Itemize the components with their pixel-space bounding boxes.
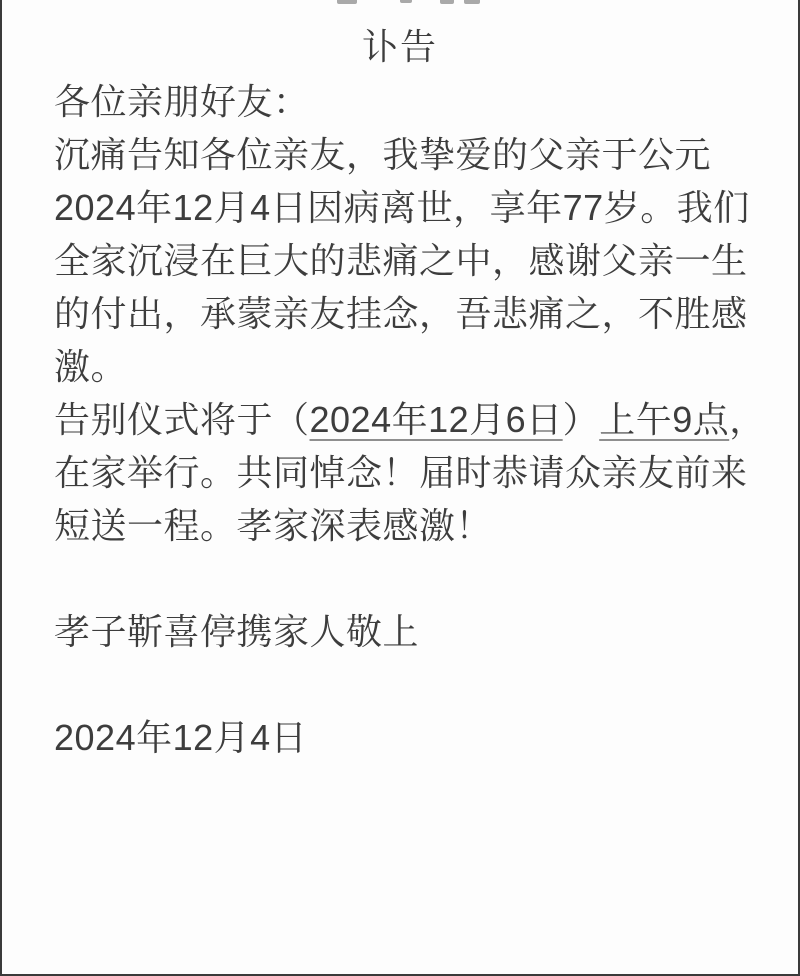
body-line: 激。 xyxy=(54,340,758,393)
obituary-notice-page: 讣告 各位亲朋好友： 沉痛告知各位亲友，我挚爱的父亲于公元 2024年12月4日… xyxy=(0,0,800,976)
ceremony-date-underlined: 2024年12月6日 xyxy=(310,399,563,440)
blank-line xyxy=(54,552,758,605)
notice-title: 讣告 xyxy=(2,0,798,65)
cropped-glyph-tip xyxy=(400,0,412,3)
ceremony-comma: ， xyxy=(729,399,766,440)
body-line: 全家沉浸在巨大的悲痛之中，感谢父亲一生 xyxy=(54,234,758,287)
salutation-line: 各位亲朋好友： xyxy=(54,75,758,128)
body-line: 2024年12月4日因病离世，享年77岁。我们 xyxy=(54,181,758,234)
ceremony-close-paren: ） xyxy=(563,399,600,440)
cropped-glyph-tip xyxy=(440,0,454,4)
ceremony-time-underlined: 上午9点 xyxy=(599,399,729,440)
body-line: 沉痛告知各位亲友，我挚爱的父亲于公元 xyxy=(54,128,758,181)
body-line: 的付出，承蒙亲友挂念，吾悲痛之，不胜感 xyxy=(54,287,758,340)
notice-body: 各位亲朋好友： 沉痛告知各位亲友，我挚爱的父亲于公元 2024年12月4日因病离… xyxy=(2,75,798,764)
date-line: 2024年12月4日 xyxy=(54,711,758,764)
cropped-glyph-tip xyxy=(464,0,480,4)
cropped-text-fragments xyxy=(2,0,798,6)
body-line: 短送一程。孝家深表感激！ xyxy=(54,499,758,552)
body-line: 在家举行。共同悼念！届时恭请众亲友前来 xyxy=(54,446,758,499)
ceremony-line: 告别仪式将于（2024年12月6日）上午9点， xyxy=(54,393,758,446)
ceremony-pre-text: 告别仪式将于（ xyxy=(54,399,310,440)
blank-line xyxy=(54,658,758,711)
signature-line: 孝子靳喜停携家人敬上 xyxy=(54,605,758,658)
cropped-glyph-tip xyxy=(337,0,357,4)
